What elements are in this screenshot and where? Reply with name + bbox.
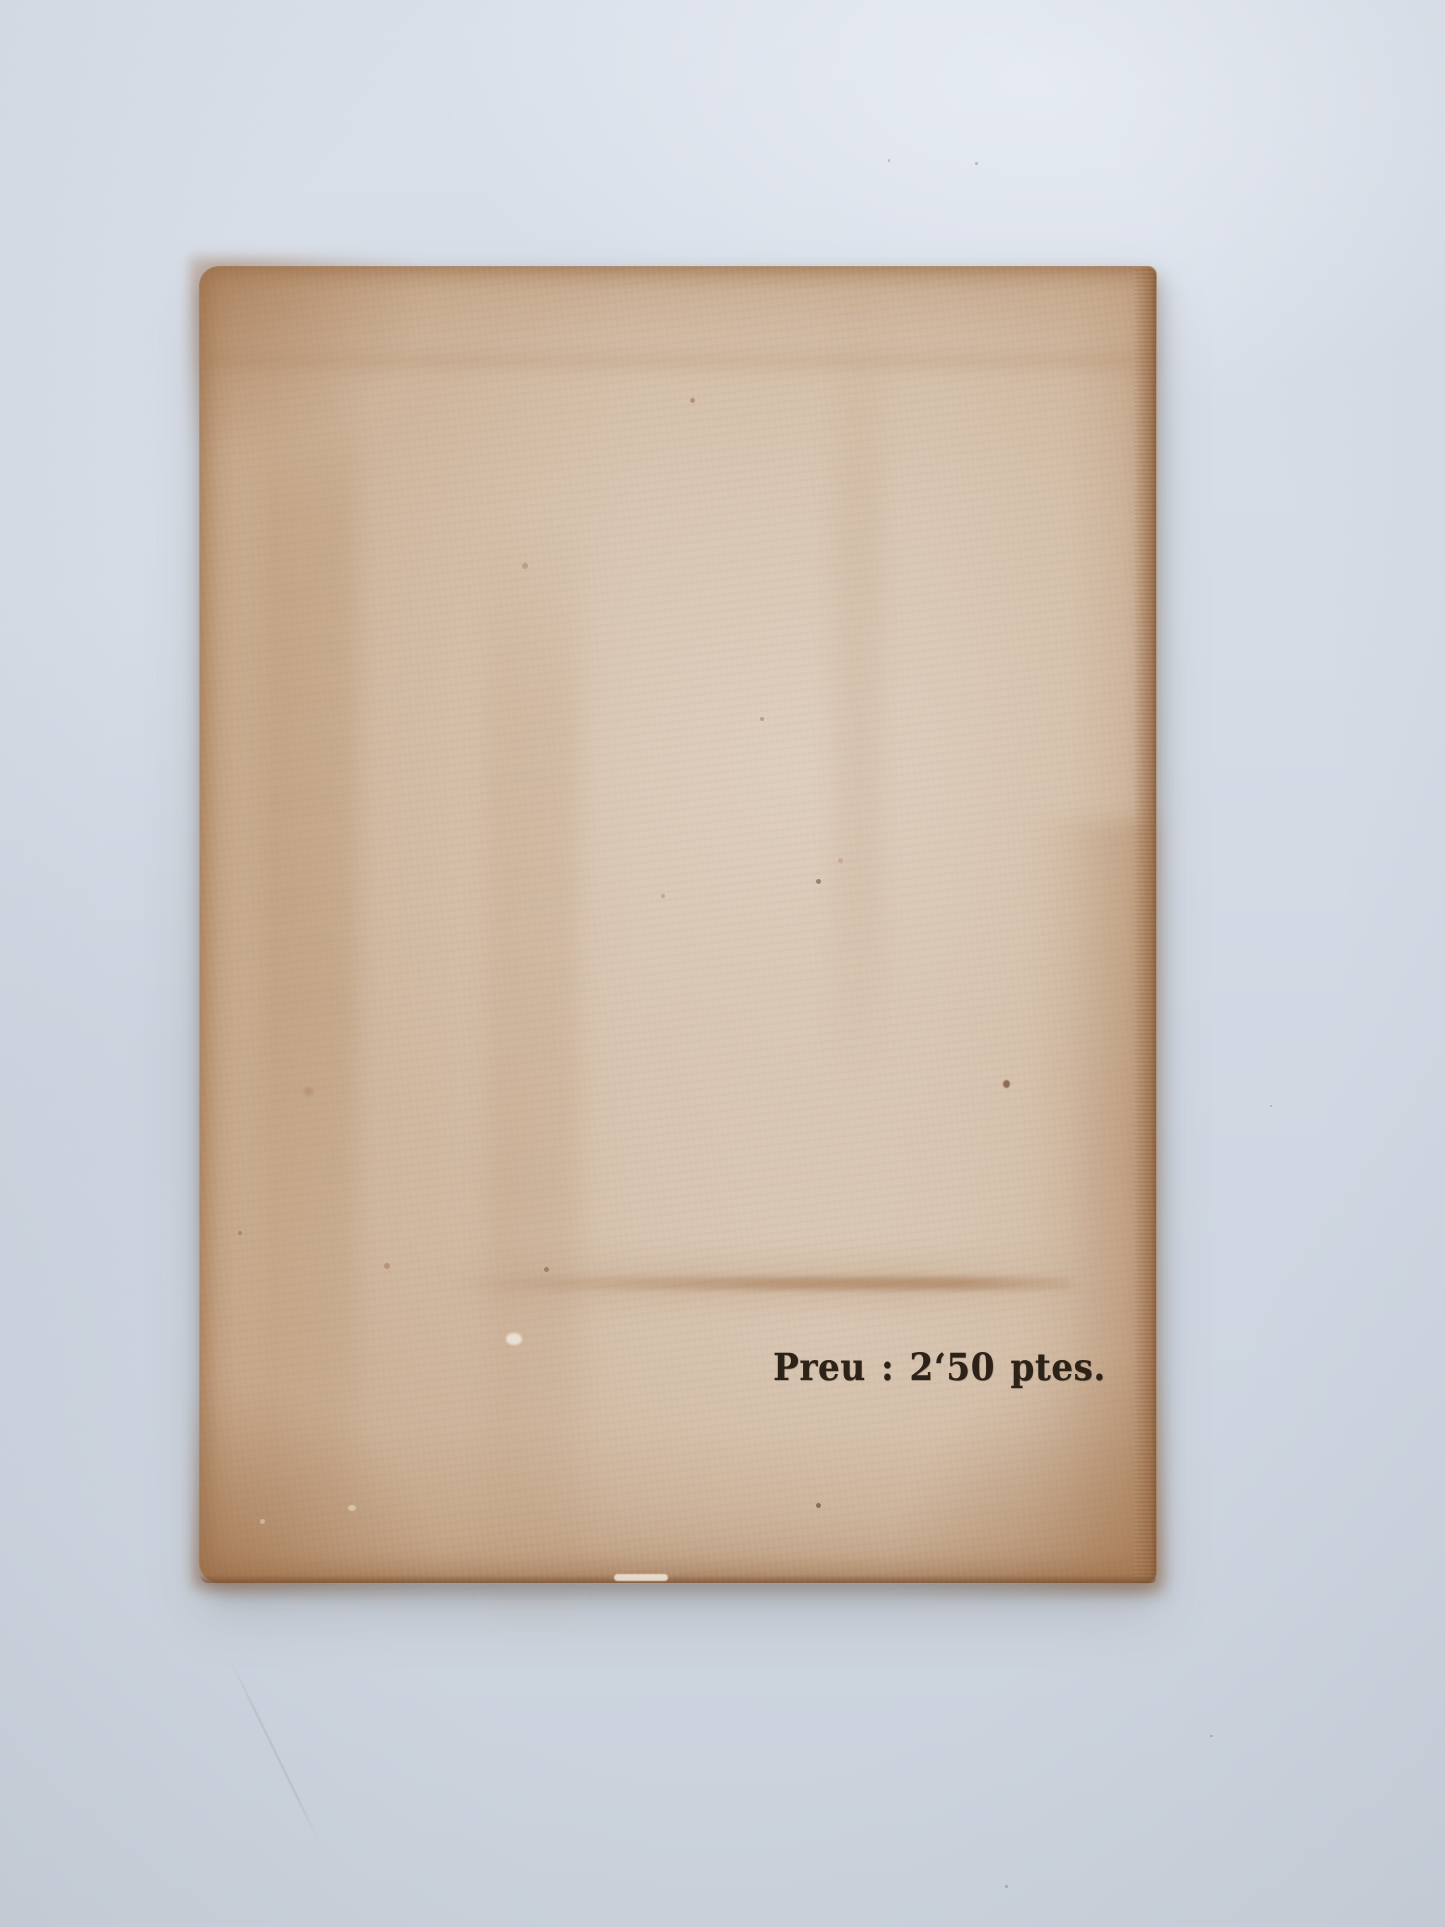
dust-speck: [1005, 1885, 1008, 1888]
book-back-cover: Preu : 2‘50 ptes.: [199, 266, 1157, 1584]
stain-band-top: [200, 353, 1156, 369]
foxing-spot: [690, 398, 695, 403]
foxing-spot: [238, 1231, 242, 1235]
foxing-spot: [1003, 1080, 1010, 1088]
foxing-spot: [661, 894, 665, 898]
foxing-spot: [816, 1503, 821, 1508]
page-block-edge: [1134, 267, 1156, 1583]
dust-speck: [975, 162, 978, 165]
paper-chip: [260, 1519, 265, 1524]
paper-chip: [614, 1574, 668, 1581]
foxing-spot: [760, 717, 764, 721]
foxing-spot: [384, 1263, 390, 1269]
paper-chip: [506, 1333, 522, 1345]
aging-shade-left: [200, 267, 640, 1583]
foxing-spot: [522, 563, 528, 569]
paper-chip: [348, 1505, 356, 1511]
price-text: Preu : 2‘50 ptes.: [773, 1349, 1106, 1386]
bottom-edge-shadow: [200, 1575, 1156, 1583]
surface-scratch: [228, 1657, 320, 1842]
dust-speck: [888, 159, 890, 162]
corner-shading: [190, 257, 440, 467]
foxing-spot: [838, 858, 843, 863]
photo-background: Preu : 2‘50 ptes.: [0, 0, 1445, 1927]
stain-line: [452, 1277, 1072, 1290]
dust-speck: [1270, 1105, 1272, 1107]
dust-speck: [1210, 1735, 1213, 1737]
foxing-spot: [304, 1087, 313, 1096]
foxing-spot: [816, 879, 821, 884]
foxing-spot: [544, 1267, 549, 1272]
stain-streak: [486, 522, 578, 1647]
stain-line-halo: [438, 1261, 1093, 1305]
corner-shading: [192, 1359, 462, 1589]
aging-shade-right: [1031, 820, 1156, 1583]
stain-streak: [834, 295, 882, 1085]
stain-streak: [260, 372, 358, 1532]
